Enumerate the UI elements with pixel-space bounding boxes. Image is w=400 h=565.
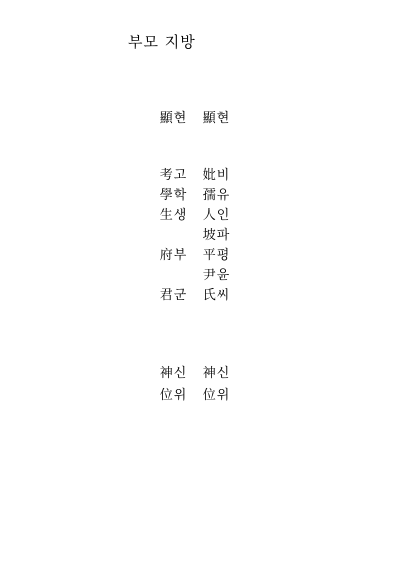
mother-jibang-cell: 氏씨 (203, 286, 233, 306)
hyeon-row-section: 顯현顯현 (135, 89, 233, 109)
mother-jibang-cell: 尹윤 (203, 266, 233, 286)
father-jibang-cell: 府부 (160, 246, 203, 266)
father-jibang-cell: 生생 (160, 206, 203, 226)
mother-jibang-cell: 坡파 (203, 226, 233, 246)
jibang-tail-section: 神신神신 位위位위 (135, 341, 233, 385)
father-jibang-cell: 顯현 (160, 109, 203, 129)
mother-jibang-cell: 顯현 (203, 109, 233, 129)
father-jibang-cell: 位위 (160, 385, 203, 407)
page-title: 부모 지방 (128, 34, 196, 51)
father-jibang-cell: 學학 (160, 186, 203, 206)
father-jibang-cell: 神신 (160, 363, 203, 385)
jibang-row: 顯현顯현 (135, 89, 233, 109)
jibang-document-page: 부모 지방 顯현顯현 考고妣비 學학孺유 生생人인 坡파 府부平평 尹윤 君군氏… (0, 0, 400, 565)
mother-jibang-cell: 妣비 (203, 166, 233, 186)
jibang-row: 神신神신 (135, 341, 233, 363)
mother-jibang-cell: 人인 (203, 206, 233, 226)
father-jibang-cell: 考고 (160, 166, 203, 186)
mother-jibang-cell: 神신 (203, 363, 233, 385)
jibang-row: 考고妣비 (135, 146, 233, 166)
mother-jibang-cell: 位위 (203, 385, 233, 407)
mother-jibang-cell: 孺유 (203, 186, 233, 206)
jibang-body-section: 考고妣비 學학孺유 生생人인 坡파 府부平평 尹윤 君군氏씨 (135, 146, 233, 286)
father-jibang-cell: 君군 (160, 286, 203, 306)
mother-jibang-cell: 平평 (203, 246, 233, 266)
